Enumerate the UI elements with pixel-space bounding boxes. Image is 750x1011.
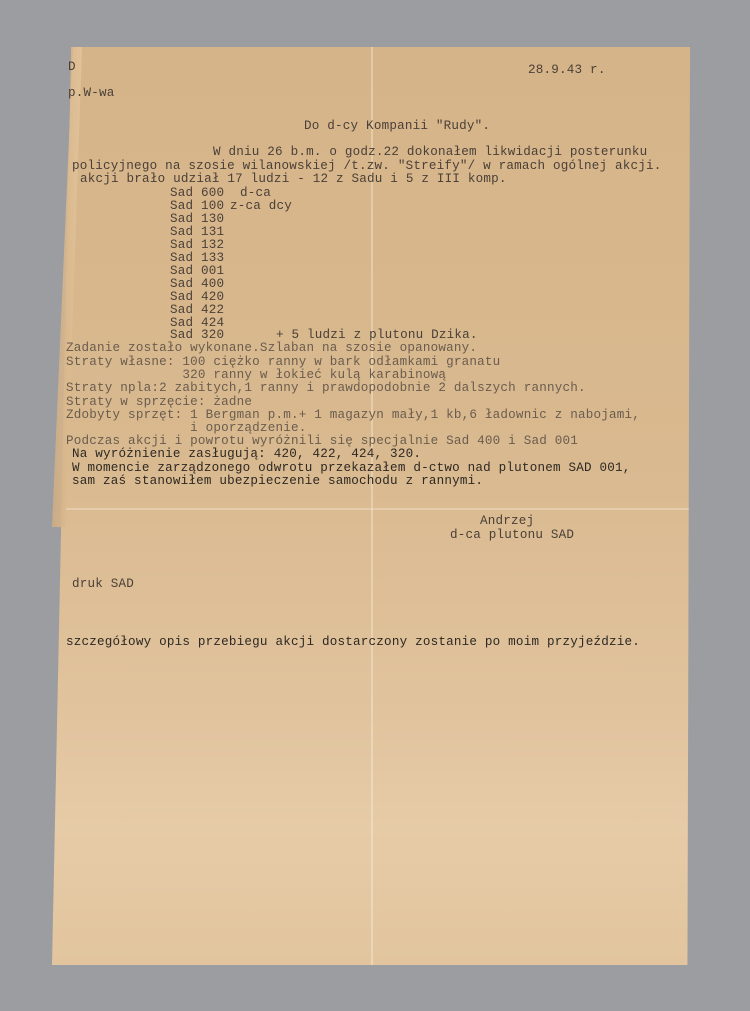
merit-line: W momencie zarządzonego odwrotu przekaza… — [72, 461, 631, 475]
participant-role: z-ca dcy — [230, 199, 292, 213]
print-note: druk SAD — [72, 577, 134, 591]
participant-role: + 5 ludzi z plutonu Dzika. — [276, 328, 478, 342]
body-line: akcji brało udział 17 ludzi - 12 z Sadu … — [80, 172, 507, 186]
participant-code: Sad 131 — [170, 225, 224, 239]
report-line: Straty npla:2 zabitych,1 ranny i prawdop… — [66, 381, 586, 395]
participant-code: Sad 100 — [170, 199, 224, 213]
place: p.W-wa — [68, 86, 115, 100]
horizontal-fold-line — [52, 508, 690, 510]
signature-title: d-ca plutonu SAD — [450, 528, 574, 542]
participant-code: Sad 133 — [170, 251, 224, 265]
merit-line: sam zaś stanowiłem ubezpieczenie samocho… — [72, 474, 483, 488]
document-date: 28.9.43 r. — [528, 63, 606, 77]
participant-code: Sad 132 — [170, 238, 224, 252]
report-line: i oporządzenie. — [66, 421, 306, 435]
report-line: Straty w sprzęcie: żadne — [66, 395, 252, 409]
signature-name: Andrzej — [480, 514, 534, 528]
corner-mark: D — [68, 60, 76, 74]
participant-code: Sad 400 — [170, 277, 224, 291]
participant-code: Sad 422 — [170, 303, 224, 317]
participant-code: Sad 001 — [170, 264, 224, 278]
report-line: 320 ranny w łokieć kulą karabinową — [66, 368, 446, 382]
report-line: Podczas akcji i powrotu wyróżnili się sp… — [66, 434, 578, 448]
participant-role: d-ca — [240, 186, 271, 200]
report-line: Zadanie zostało wykonane.Szlaban na szos… — [66, 341, 477, 355]
report-line: Zdobyty sprzęt: 1 Bergman p.m.+ 1 magazy… — [66, 408, 640, 422]
participant-code: Sad 600 — [170, 186, 224, 200]
merit-line: Na wyróżnienie zasługują: 420, 422, 424,… — [72, 447, 421, 461]
footer-note: szczegółowy opis przebiegu akcji dostarc… — [66, 635, 640, 649]
body-line: policyjnego na szosie wilanowskiej /t.zw… — [72, 159, 662, 173]
participant-code: Sad 130 — [170, 212, 224, 226]
report-line: Straty własne: 100 ciężko ranny w bark o… — [66, 355, 500, 369]
addressee: Do d-cy Kompanii "Rudy". — [304, 119, 490, 133]
body-line: W dniu 26 b.m. o godz.22 dokonałem likwi… — [213, 145, 647, 159]
participant-code: Sad 320 — [170, 328, 224, 342]
participant-code: Sad 420 — [170, 290, 224, 304]
